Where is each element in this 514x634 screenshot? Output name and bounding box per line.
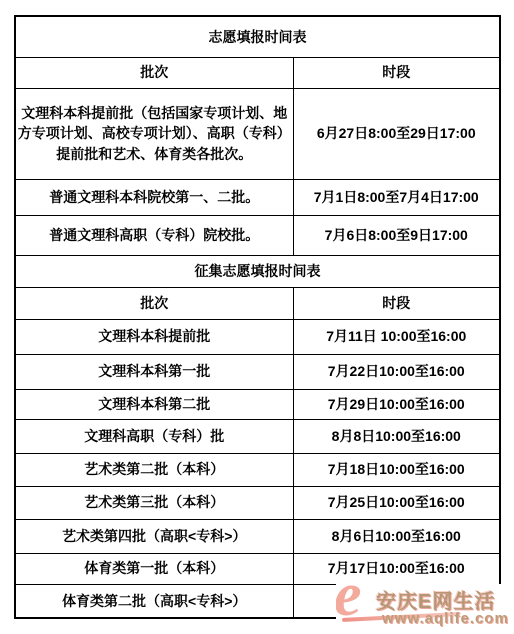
batch-cell: 普通文理科本科院校第一、二批。 (15, 179, 293, 215)
batch-cell: 艺术类第二批（本科） (15, 453, 293, 486)
time-cell: 7月17日10:00至16:00 (293, 553, 500, 584)
table-row: 志愿填报时间表 (15, 16, 500, 57)
batch-cell: 普通文理科高职（专科）院校批。 (15, 215, 293, 255)
table-row: 艺术类第三批（本科） 7月25日10:00至16:00 (15, 486, 500, 519)
table-row: 体育类第一批（本科） 7月17日10:00至16:00 (15, 553, 500, 584)
time-cell: 7月6日8:00至9日17:00 (293, 215, 500, 255)
batch-cell: 文理科高职（专科）批 (15, 419, 293, 453)
time-cell: 8月8日10:00至16:00 (293, 419, 500, 453)
time-cell: 7月11日 10:00至16:00 (293, 319, 500, 354)
table-row: 艺术类第四批（高职<专科>） 8月6日10:00至16:00 (15, 519, 500, 553)
table-row: 批次 时段 (15, 57, 500, 88)
batch-cell: 体育类第一批（本科） (15, 553, 293, 584)
page: 志愿填报时间表 批次 时段 文理科本科提前批（包括国家专项计划、地方专项计划、高… (0, 0, 514, 634)
watermark: e 安庆E网生活 www.aqlife.com (336, 584, 514, 631)
watermark-url: www.aqlife.com (382, 610, 509, 627)
time-cell: 7月25日10:00至16:00 (293, 486, 500, 519)
column-header-time: 时段 (293, 287, 500, 319)
column-header-batch: 批次 (15, 287, 293, 319)
table-row: 艺术类第二批（本科） 7月18日10:00至16:00 (15, 453, 500, 486)
table-row: 普通文理科本科院校第一、二批。 7月1日8:00至7月4日17:00 (15, 179, 500, 215)
batch-cell: 艺术类第三批（本科） (15, 486, 293, 519)
batch-cell: 体育类第二批（高职<专科>） (15, 584, 293, 618)
batch-cell: 艺术类第四批（高职<专科>） (15, 519, 293, 553)
column-header-time: 时段 (293, 57, 500, 88)
table-row: 文理科本科提前批 7月11日 10:00至16:00 (15, 319, 500, 354)
column-header-batch: 批次 (15, 57, 293, 88)
table-row: 普通文理科高职（专科）院校批。 7月6日8:00至9日17:00 (15, 215, 500, 255)
time-cell: 7月1日8:00至7月4日17:00 (293, 179, 500, 215)
time-cell: 7月29日10:00至16:00 (293, 389, 500, 419)
table-row: 文理科本科第二批 7月29日10:00至16:00 (15, 389, 500, 419)
batch-cell: 文理科本科第二批 (15, 389, 293, 419)
batch-cell: 文理科本科第一批 (15, 354, 293, 389)
batch-cell: 文理科本科提前批（包括国家专项计划、地方专项计划、高校专项计划）、高职（专科）提… (15, 88, 293, 179)
section-title: 征集志愿填报时间表 (15, 255, 500, 287)
time-cell: 8月6日10:00至16:00 (293, 519, 500, 553)
table-row: 文理科本科第一批 7月22日10:00至16:00 (15, 354, 500, 389)
schedule-table: 志愿填报时间表 批次 时段 文理科本科提前批（包括国家专项计划、地方专项计划、高… (14, 15, 501, 619)
table-title: 志愿填报时间表 (15, 16, 500, 57)
table-row: 征集志愿填报时间表 (15, 255, 500, 287)
table-row: 文理科本科提前批（包括国家专项计划、地方专项计划、高校专项计划）、高职（专科）提… (15, 88, 500, 179)
time-cell: 7月18日10:00至16:00 (293, 453, 500, 486)
table-row: 文理科高职（专科）批 8月8日10:00至16:00 (15, 419, 500, 453)
time-cell: 7月22日10:00至16:00 (293, 354, 500, 389)
batch-cell: 文理科本科提前批 (15, 319, 293, 354)
time-cell: 6月27日8:00至29日17:00 (293, 88, 500, 179)
table-row: 批次 时段 (15, 287, 500, 319)
